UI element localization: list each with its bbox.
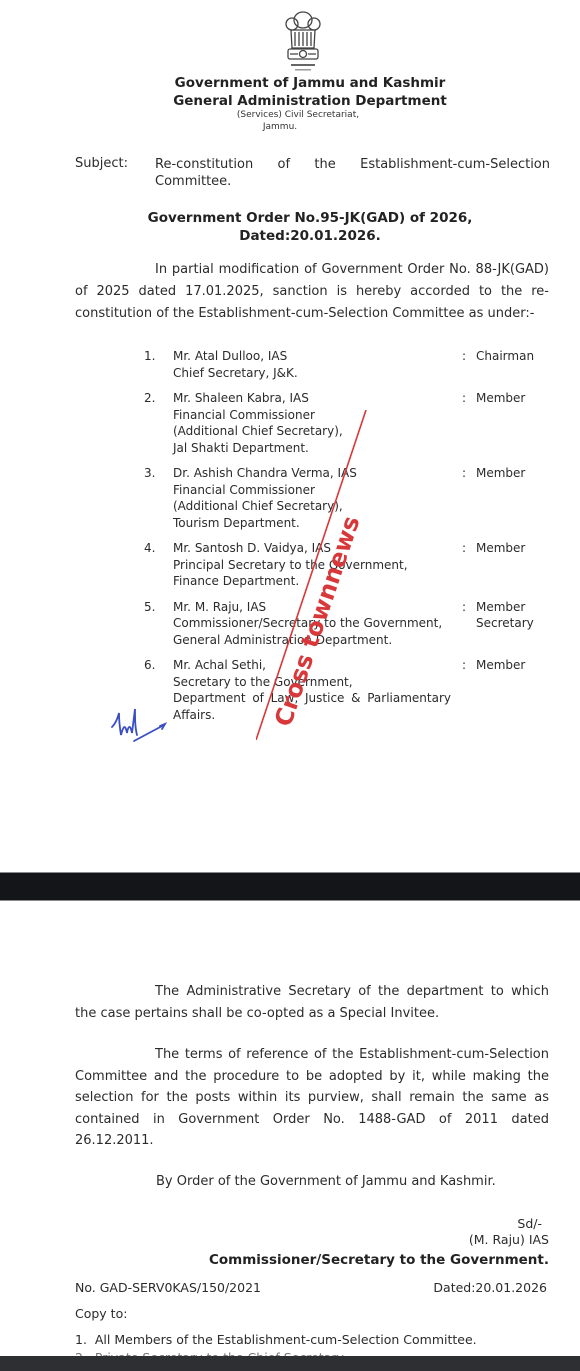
header-department: General Administration Department [20,93,580,109]
subject-line-2: Committee. [155,174,231,189]
header-title: Government of Jammu and Kashmir [20,75,580,91]
member-number: 1. [144,348,155,365]
order-date: Dated:20.01.2026. [60,228,560,244]
member-role: :Member [462,390,562,407]
signatory-name: (M. Raju) IAS [300,1232,549,1247]
terms-of-reference-paragraph: The terms of reference of the Establishm… [75,1044,549,1152]
by-order-line: By Order of the Government of Jammu and … [156,1174,496,1189]
reference-date: Dated:20.01.2026 [380,1280,547,1295]
intro-paragraph: In partial modification of Government Or… [75,259,549,325]
copy-to-item: 1. All Members of the Establishment-cum-… [75,1332,477,1347]
reference-number: No. GAD-SERV0KAS/150/2021 [75,1280,261,1295]
member-number: 6. [144,657,155,674]
member-name: Mr. Atal Dulloo, IAS [173,348,463,365]
member-role: :Member [462,540,562,557]
member-number: 4. [144,540,155,557]
member-name: Mr. Shaleen Kabra, IAS [173,390,463,407]
member-row: 1.Mr. Atal Dulloo, IASChief Secretary, J… [140,348,560,381]
viewer-bottom-bar [0,1356,580,1371]
copy-to-label: Copy to: [75,1306,127,1321]
member-designation: Chief Secretary, J&K. [173,365,463,382]
member-number: 2. [144,390,155,407]
national-emblem-icon [277,8,329,76]
header-sub-office: (Services) Civil Secretariat, [8,110,580,120]
sd-mark: Sd/- [300,1216,542,1231]
subject-label: Subject: [75,156,128,171]
special-invitee-paragraph: The Administrative Secretary of the depa… [75,981,549,1024]
order-number: Government Order No.95-JK(GAD) of 2026, [60,210,560,226]
member-number: 5. [144,599,155,616]
member-role: :MemberSecretary [462,599,562,632]
signatory-designation: Commissioner/Secretary to the Government… [180,1252,549,1268]
member-number: 3. [144,465,155,482]
header-city: Jammu. [0,122,570,132]
page-separator-bar [0,872,580,901]
watermark: Cross townnews [256,410,376,740]
member-role: :Chairman [462,348,562,365]
subject-line-1: Re-constitution of the Establishment-cum… [155,156,550,174]
member-role: :Member [462,657,562,674]
member-role: :Member [462,465,562,482]
watermark-text: Cross townnews [269,512,365,729]
handwritten-signature-icon [108,705,178,765]
